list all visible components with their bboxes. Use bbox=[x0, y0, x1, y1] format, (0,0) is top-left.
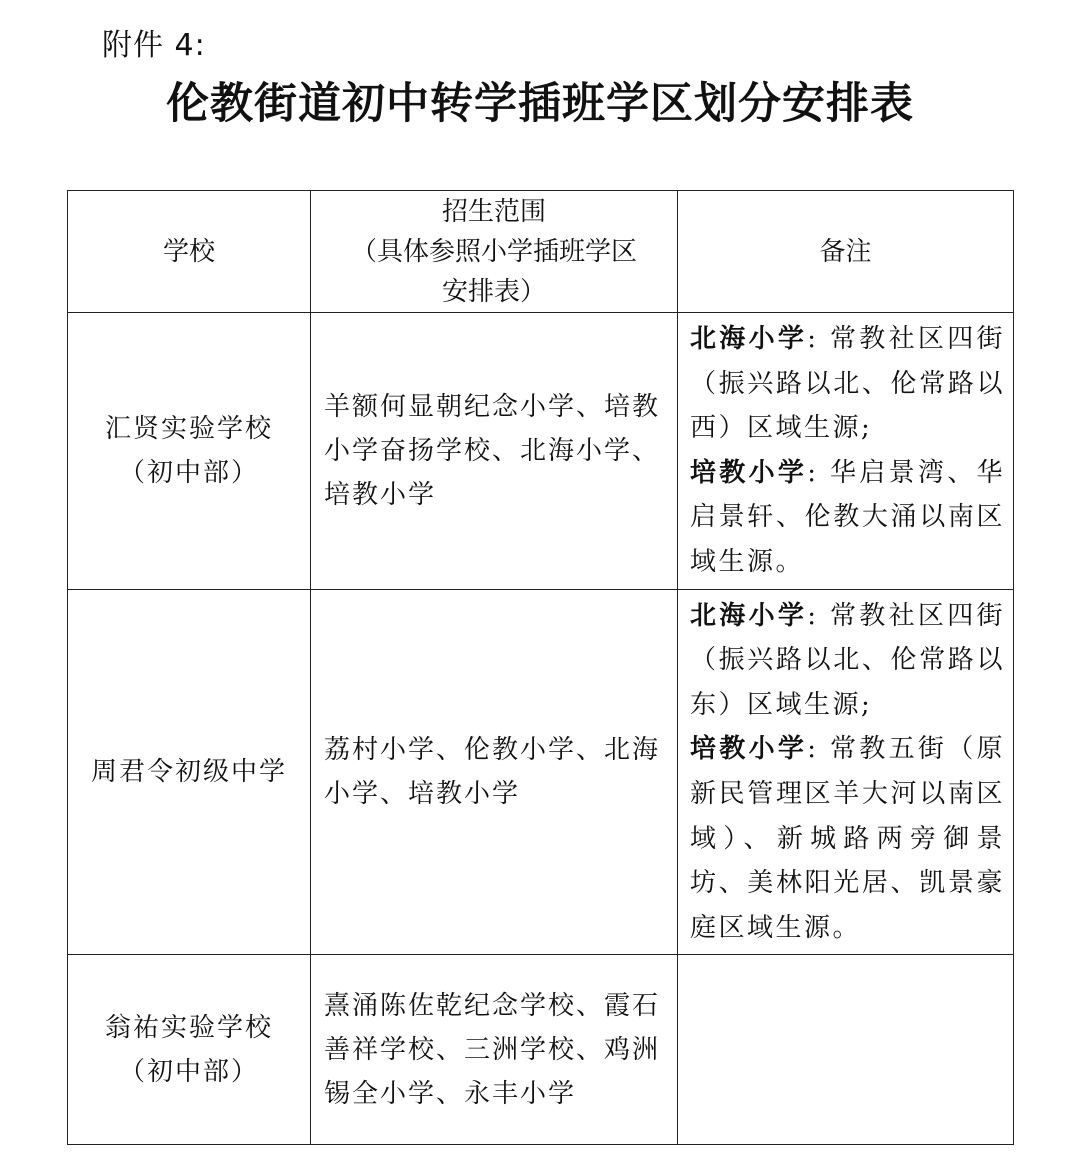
school-name: 周君令初级中学 bbox=[68, 750, 310, 794]
enrollment-range-cell: 熹涌陈佐乾纪念学校、霞石善祥学校、三洲学校、鸡洲锡全小学、永丰小学 bbox=[311, 955, 678, 1145]
header-notes: 备注 bbox=[678, 191, 1014, 313]
note-label: 培教小学 bbox=[690, 458, 807, 488]
note-separator: : bbox=[807, 734, 830, 764]
district-allocation-table: 学校 招生范围 （具体参照小学插班学区 安排表） 备注 汇贤实验学校 （初中部）… bbox=[67, 190, 1014, 1145]
header-range-line1: 招生范围 bbox=[311, 192, 677, 232]
school-division: （初中部） bbox=[68, 451, 310, 495]
school-cell: 翁祐实验学校 （初中部） bbox=[68, 955, 311, 1145]
notes-cell: 北海小学: 常教社区四街（振兴路以北、伦常路以东）区域生源; 培教小学: 常教五… bbox=[678, 589, 1014, 955]
header-enrollment-range: 招生范围 （具体参照小学插班学区 安排表） bbox=[311, 191, 678, 313]
document-title: 伦教街道初中转学插班学区划分安排表 bbox=[0, 76, 1080, 132]
header-range-line2: （具体参照小学插班学区 bbox=[311, 232, 677, 272]
enrollment-range-cell: 荔村小学、伦教小学、北海小学、培教小学 bbox=[311, 589, 678, 955]
table-row: 周君令初级中学 荔村小学、伦教小学、北海小学、培教小学 北海小学: 常教社区四街… bbox=[68, 589, 1014, 955]
school-cell: 汇贤实验学校 （初中部） bbox=[68, 313, 311, 590]
header-school: 学校 bbox=[68, 191, 311, 313]
notes-cell-empty bbox=[678, 955, 1014, 1145]
note-label: 北海小学 bbox=[690, 601, 807, 631]
table-header-row: 学校 招生范围 （具体参照小学插班学区 安排表） 备注 bbox=[68, 191, 1014, 313]
note-text: 常教五街（原新民管理区羊大河以南区域）、新城路两旁御景坊、美林阳光居、凯景豪庭区… bbox=[690, 734, 1005, 942]
table-row: 汇贤实验学校 （初中部） 羊额何显朝纪念小学、培教小学奋扬学校、北海小学、培教小… bbox=[68, 313, 1014, 590]
school-name: 汇贤实验学校 bbox=[68, 407, 310, 451]
notes-cell: 北海小学: 常教社区四街（振兴路以北、伦常路以西）区域生源; 培教小学: 华启景… bbox=[678, 313, 1014, 590]
note-separator: : bbox=[807, 601, 830, 631]
school-name: 翁祐实验学校 bbox=[68, 1006, 310, 1050]
note-label: 北海小学 bbox=[690, 324, 807, 354]
enrollment-range-cell: 羊额何显朝纪念小学、培教小学奋扬学校、北海小学、培教小学 bbox=[311, 313, 678, 590]
school-cell: 周君令初级中学 bbox=[68, 589, 311, 955]
header-range-line3: 安排表） bbox=[311, 272, 677, 312]
attachment-label: 附件 4: bbox=[102, 26, 206, 66]
table-row: 翁祐实验学校 （初中部） 熹涌陈佐乾纪念学校、霞石善祥学校、三洲学校、鸡洲锡全小… bbox=[68, 955, 1014, 1145]
note-label: 培教小学 bbox=[690, 734, 807, 764]
note-separator: : bbox=[807, 324, 830, 354]
school-division: （初中部） bbox=[68, 1050, 310, 1094]
note-separator: : bbox=[807, 458, 830, 488]
